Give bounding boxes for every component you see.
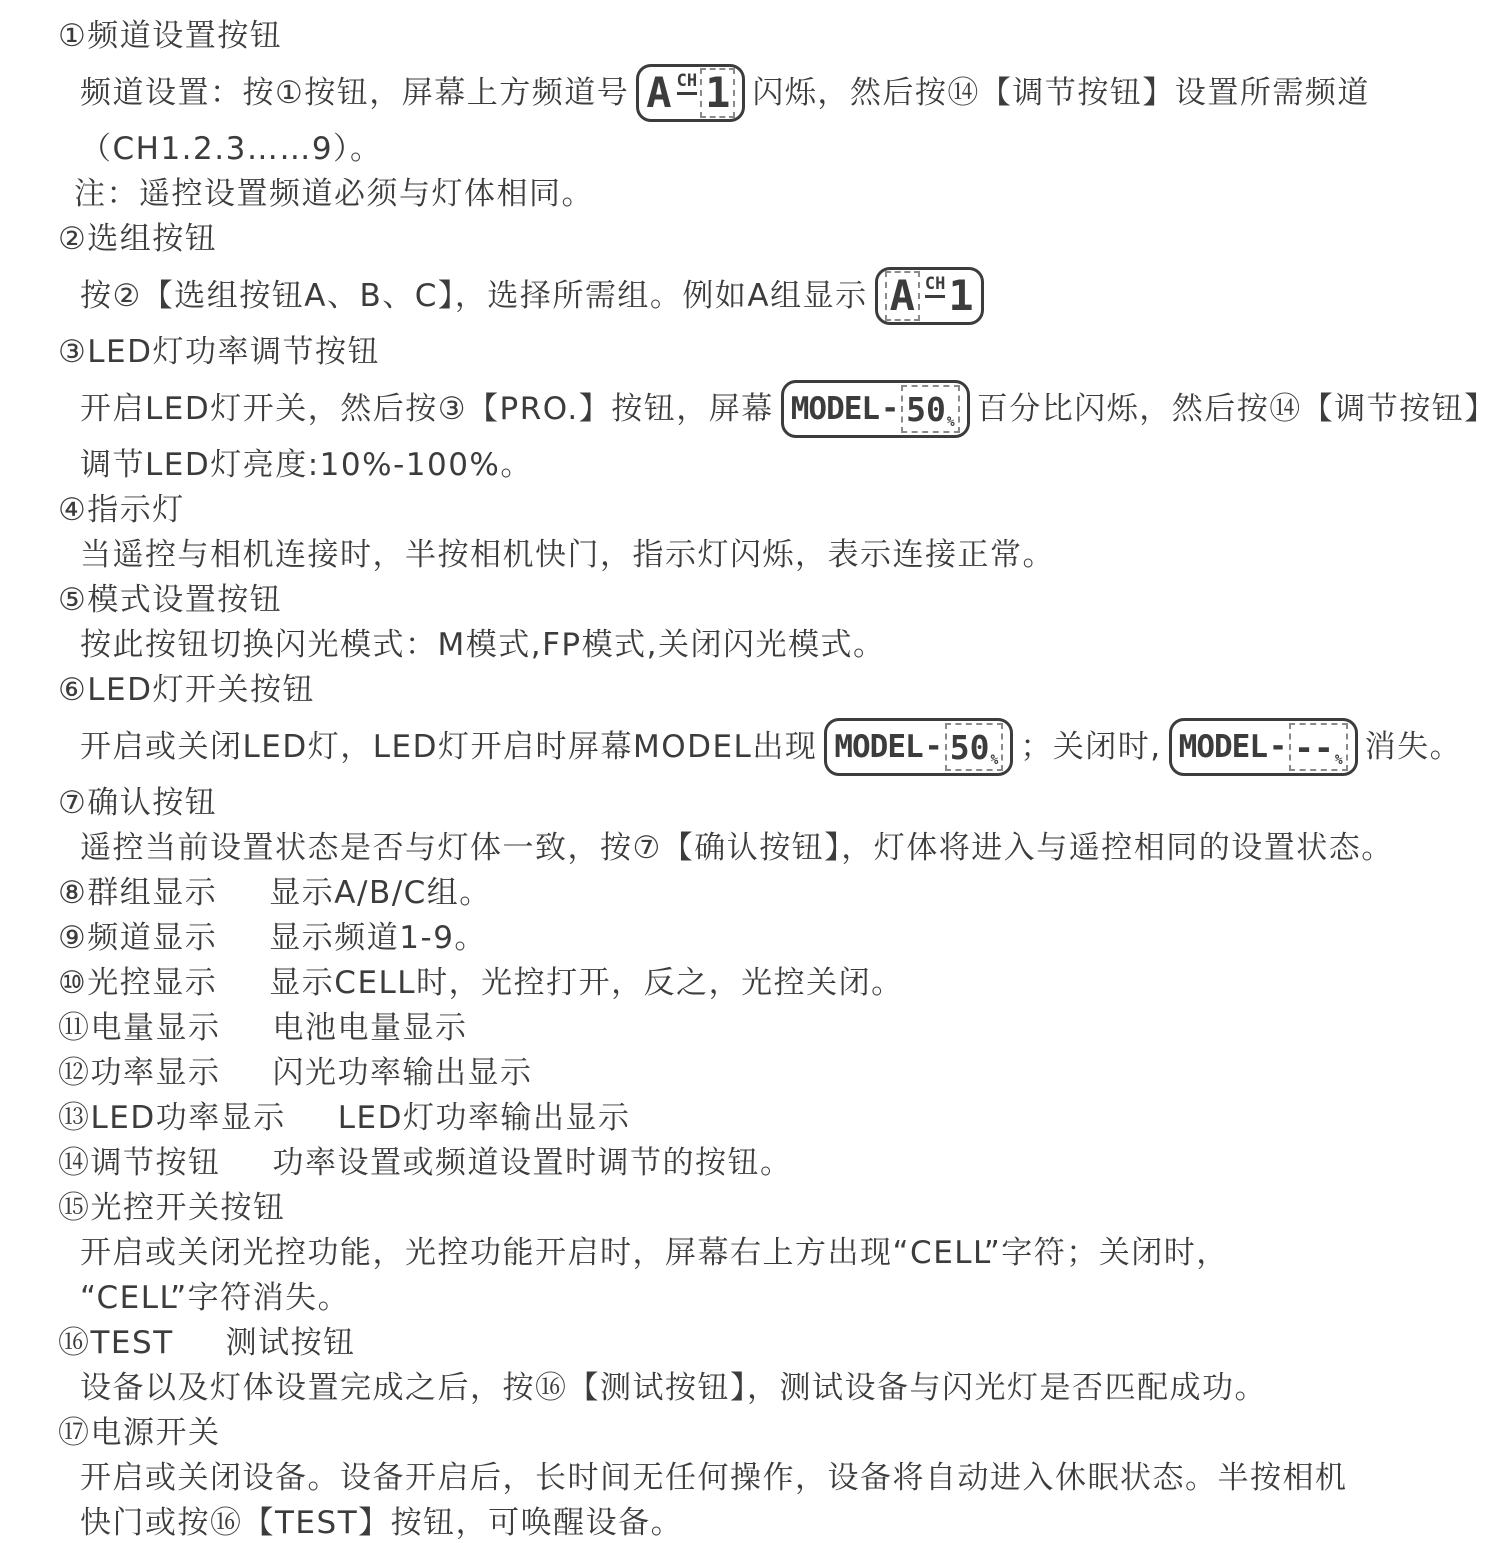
item-15-body: 开启或关闭光控功能，光控功能开启时，屏幕右上方出现“CELL”字符；关闭时， <box>58 1231 1449 1276</box>
lcd-channel-digit: 1 <box>948 275 973 317</box>
item-3-body: 开启LED灯开关，然后按③【PRO.】按钮，屏幕 MODEL - 50 % 百分… <box>58 375 1449 443</box>
lcd-dash: - <box>881 394 899 424</box>
item-1-body-post: 闪烁，然后按⑭【调节按钮】设置所需频道 <box>752 59 1370 127</box>
item-6-body-mid: ；关闭时, <box>1020 713 1161 781</box>
item-3-heading: ③LED灯功率调节按钮 <box>58 330 1449 375</box>
lcd-model-value: 50 % <box>945 723 1004 771</box>
lcd-model-percent-value: 50 <box>950 731 990 764</box>
item-14-desc: 功率设置或频道设置时调节的按钮。 <box>273 1145 793 1181</box>
item-6-body-pre: 开启或关闭LED灯，LED灯开启时屏幕MODEL出现 <box>80 713 817 781</box>
item-6-body: 开启或关闭LED灯，LED灯开启时屏幕MODEL出现 MODEL - 50 % … <box>58 713 1449 781</box>
lcd-group-letter: A <box>885 271 920 321</box>
item-5-body: 按此按钮切换闪光模式：M模式,FP模式,关闭闪光模式。 <box>58 623 1449 668</box>
item-4-heading: ④指示灯 <box>58 488 1449 533</box>
item-12-desc: 闪光功率输出显示 <box>273 1055 533 1091</box>
item-1-note: 注：遥控设置频道必须与灯体相同。 <box>58 172 1449 217</box>
percent-sign: % <box>990 754 998 767</box>
percent-sign: % <box>1335 754 1343 767</box>
lcd-dash: - <box>925 732 943 762</box>
item-16-body: 设备以及灯体设置完成之后，按⑯【测试按钮】，测试设备与闪光灯是否匹配成功。 <box>58 1366 1449 1411</box>
item-13-desc: LED灯功率输出显示 <box>338 1100 631 1136</box>
item-5-heading: ⑤模式设置按钮 <box>58 578 1449 623</box>
item-11-row: ⑪电量显示电池电量显示 <box>58 1006 1449 1051</box>
item-13-label: ⑬LED功率显示 <box>58 1100 286 1136</box>
item-17-heading: ⑰电源开关 <box>58 1411 1449 1456</box>
lcd-model-value: 50 % <box>901 385 960 433</box>
item-14-label: ⑭调节按钮 <box>58 1145 221 1181</box>
item-14-row: ⑭调节按钮功率设置或频道设置时调节的按钮。 <box>58 1141 1449 1186</box>
item-12-row: ⑫功率显示闪光功率输出显示 <box>58 1051 1449 1096</box>
item-9-label: ⑨频道显示 <box>58 920 217 956</box>
lcd-model-value-off: -- % <box>1289 723 1348 771</box>
item-15-heading: ⑮光控开关按钮 <box>58 1186 1449 1231</box>
lcd-model-label: MODEL <box>791 394 879 425</box>
item-16-heading: ⑯TEST测试按钮 <box>58 1321 1449 1366</box>
item-1-body-pre: 频道设置：按①按钮，屏幕上方频道号 <box>80 59 629 127</box>
item-7-heading: ⑦确认按钮 <box>58 781 1449 826</box>
item-6-heading: ⑥LED灯开关按钮 <box>58 668 1449 713</box>
item-15-body-2: “CELL”字符消失。 <box>58 1276 1449 1321</box>
item-16-label: ⑯TEST <box>58 1325 174 1361</box>
item-17-body: 开启或关闭设备。设备开启后，长时间无任何操作，设备将自动进入休眠状态。半按相机 <box>58 1456 1449 1501</box>
item-11-label: ⑪电量显示 <box>58 1010 221 1046</box>
item-1-heading: ①频道设置按钮 <box>58 14 1449 59</box>
item-7-body: 遥控当前设置状态是否与灯体一致，按⑦【确认按钮】，灯体将进入与遥控相同的设置状态… <box>58 826 1449 871</box>
item-2-body: 按②【选组按钮A、B、C】，选择所需组。例如A组显示 A CH 1 <box>58 262 1449 330</box>
lcd-model-label: MODEL <box>834 732 922 763</box>
item-2-body-pre: 按②【选组按钮A、B、C】，选择所需组。例如A组显示 <box>80 262 868 330</box>
item-10-row: ⑩光控显示显示CELL时，光控打开，反之，光控关闭。 <box>58 961 1449 1006</box>
lcd-model-label: MODEL <box>1179 732 1267 763</box>
lcd-dash: - <box>1269 732 1287 762</box>
item-6-body-post: 消失。 <box>1365 713 1463 781</box>
lcd-model-percent-value: 50 <box>906 393 946 426</box>
item-4-body: 当遥控与相机连接时，半按相机快门，指示灯闪烁，表示连接正常。 <box>58 533 1449 578</box>
lcd-group-letter: A <box>646 72 671 114</box>
lcd-channel-display-group-flashing: A CH 1 <box>875 267 984 325</box>
percent-sign: % <box>947 416 955 429</box>
item-2-heading: ②选组按钮 <box>58 217 1449 262</box>
item-1-body-2: （CH1.2.3……9）。 <box>58 127 1449 172</box>
item-3-body-pre: 开启LED灯开关，然后按③【PRO.】按钮，屏幕 <box>80 375 774 443</box>
lcd-channel-display-digit-flashing: A CH 1 <box>636 64 745 122</box>
item-11-desc: 电池电量显示 <box>273 1010 468 1046</box>
lcd-model-display-off: MODEL - -- % <box>1169 718 1358 776</box>
item-3-body-post: 百分比闪烁，然后按⑭【调节按钮】 <box>977 375 1485 443</box>
lcd-ch-label: CH <box>677 73 697 95</box>
item-10-label: ⑩光控显示 <box>58 965 217 1001</box>
lcd-ch-label: CH <box>925 276 945 298</box>
manual-page: ①频道设置按钮 频道设置：按①按钮，屏幕上方频道号 A CH 1 闪烁，然后按⑭… <box>0 0 1485 1543</box>
item-8-row: ⑧群组显示显示A/B/C组。 <box>58 871 1449 916</box>
lcd-model-display-on: MODEL - 50 % <box>781 380 970 438</box>
lcd-model-display-on: MODEL - 50 % <box>824 718 1013 776</box>
item-12-label: ⑫功率显示 <box>58 1055 221 1091</box>
item-3-body-2: 调节LED灯亮度:10%-100%。 <box>58 443 1449 488</box>
item-10-desc: 显示CELL时，光控打开，反之，光控关闭。 <box>269 965 903 1001</box>
lcd-channel-digit: 1 <box>700 68 735 118</box>
item-16-desc: 测试按钮 <box>226 1325 356 1361</box>
item-8-desc: 显示A/B/C组。 <box>269 875 492 911</box>
item-17-body-2: 快门或按⑯【TEST】按钮，可唤醒设备。 <box>58 1501 1449 1543</box>
item-1-body: 频道设置：按①按钮，屏幕上方频道号 A CH 1 闪烁，然后按⑭【调节按钮】设置… <box>58 59 1449 127</box>
item-9-desc: 显示频道1-9。 <box>269 920 487 956</box>
lcd-model-off-value: -- <box>1294 731 1334 764</box>
item-8-label: ⑧群组显示 <box>58 875 217 911</box>
item-9-row: ⑨频道显示显示频道1-9。 <box>58 916 1449 961</box>
item-13-row: ⑬LED功率显示LED灯功率输出显示 <box>58 1096 1449 1141</box>
